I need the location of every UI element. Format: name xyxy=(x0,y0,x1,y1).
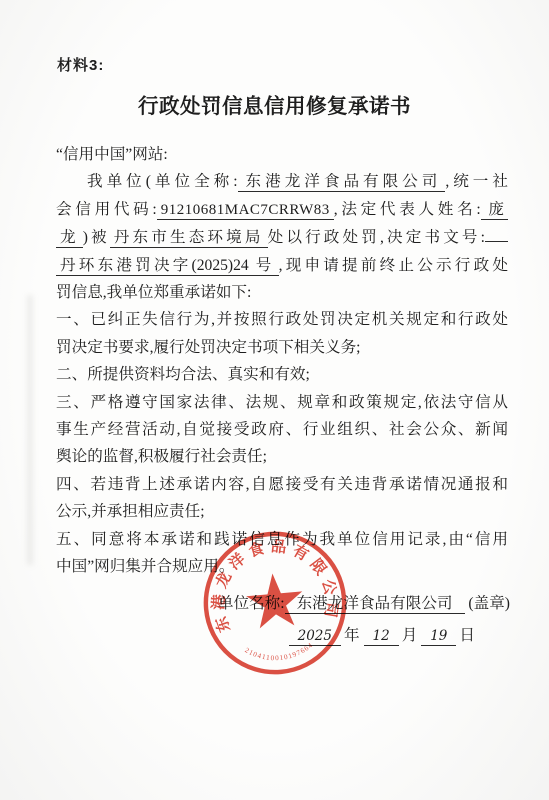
text-segment: 中国”网归集并合规应用。 xyxy=(56,558,234,575)
page-title: 行政处罚信息信用修复承诺书 xyxy=(0,89,549,119)
form-value-legal-rep-part2: 龙 xyxy=(56,229,83,248)
text-segment: 罚决定书要求,履行处罚决定书项下相关义务; xyxy=(56,339,361,356)
document-page: 材料3: 行政处罚信息信用修复承诺书 “信用中国”网站: 我单位(单位全称:东港… xyxy=(0,0,549,800)
body-line: 会信用代码:91210681MAC7CRRW83,法定代表人姓名:庞 xyxy=(56,196,508,224)
text-segment: 舆论的监督,积极履行社会责任; xyxy=(56,448,267,465)
text-segment: 我单位(单位全称: xyxy=(87,173,238,190)
body-line: 舆论的监督,积极履行社会责任; xyxy=(56,443,508,470)
body-line: 四、若违背上述承诺内容,自愿接受有关违背承诺情况通报和 xyxy=(56,471,508,498)
date-year-label: 年 xyxy=(344,627,360,644)
signature-label: 单位名称: xyxy=(218,595,285,612)
text-segment: )被 xyxy=(83,229,110,246)
signature-block: 单位名称:东港龙洋食品有限公司 (盖章) 2025年 12月 19日 xyxy=(218,593,510,647)
body-line: 公示,并承担相应责任; xyxy=(56,498,508,525)
text-segment: 二、所提供资料均合法、真实和有效; xyxy=(56,366,310,383)
text-segment: 一、已纠正失信行为,并按照行政处罚决定机关规定和行政处 xyxy=(56,311,508,328)
body-line: 五、同意将本承诺和践诺信息作为我单位信用记录,由“信用 xyxy=(56,526,508,553)
text-segment: ,统一社 xyxy=(445,173,508,190)
body-line: 中国”网归集并合规应用。 xyxy=(56,553,508,580)
body-line: 丹环东港罚决字(2025)24 号,现申请提前终止公示行政处 xyxy=(56,252,508,279)
body-line: 一、已纠正失信行为,并按照行政处罚决定机关规定和行政处 xyxy=(56,306,508,333)
body-line: 罚信息,我单位郑重承诺如下: xyxy=(56,279,508,306)
body-line: 二、所提供资料均合法、真实和有效; xyxy=(56,361,508,388)
form-blank-underline xyxy=(485,225,508,243)
text-segment: 罚信息,我单位郑重承诺如下: xyxy=(56,284,251,301)
body-line: 事生产经营活动,自觉接受政府、行业组织、社会公众、新闻 xyxy=(56,416,508,443)
text-segment: 三、严格遵守国家法律、法规、规章和政策规定,依法守信从 xyxy=(56,394,508,411)
signature-date-line: 2025年 12月 19日 xyxy=(218,625,510,647)
date-day-value: 19 xyxy=(421,628,456,646)
date-month-label: 月 xyxy=(402,627,418,644)
form-value-decision-number: 丹环东港罚决字(2025)24 号 xyxy=(56,257,279,276)
signature-name-line: 单位名称:东港龙洋食品有限公司 (盖章) xyxy=(218,593,510,615)
date-month-value: 12 xyxy=(364,628,399,646)
text-segment: ,现申请提前终止公示行政处 xyxy=(279,257,508,274)
body-line: 我单位(单位全称:东港龙洋食品有限公司,统一社 xyxy=(56,168,508,195)
text-segment: 公示,并承担相应责任; xyxy=(56,503,205,520)
material-label: 材料3: xyxy=(57,54,104,75)
body-line: 三、严格遵守国家法律、法规、规章和政策规定,依法守信从 xyxy=(56,389,508,416)
scan-artifact xyxy=(27,295,33,565)
text-segment: ,法定代表人姓名: xyxy=(334,201,481,218)
form-value-company-name: 东港龙洋食品有限公司 xyxy=(238,173,446,192)
form-value-legal-rep-part1: 庞 xyxy=(481,201,508,220)
document-body: “信用中国”网站: 我单位(单位全称:东港龙洋食品有限公司,统一社 会信用代码:… xyxy=(56,141,508,581)
body-line: 罚决定书要求,履行处罚决定书项下相关义务; xyxy=(56,334,508,361)
date-year-value: 2025 xyxy=(289,628,341,646)
text-segment: 事生产经营活动,自觉接受政府、行业组织、社会公众、新闻 xyxy=(56,421,508,438)
signature-company-name: 东港龙洋食品有限公司 xyxy=(285,595,465,614)
body-line: 龙)被丹东市生态环境局处以行政处罚,决定书文号: xyxy=(56,224,508,251)
text-segment: 五、同意将本承诺和践诺信息作为我单位信用记录,由“信用 xyxy=(56,531,508,548)
date-day-label: 日 xyxy=(459,627,475,644)
form-value-credit-code: 91210681MAC7CRRW83 xyxy=(157,202,334,220)
seal-note: (盖章) xyxy=(468,595,510,612)
form-value-authority: 丹东市生态环境局 xyxy=(110,229,268,248)
text-segment: 四、若违背上述承诺内容,自愿接受有关违背承诺情况通报和 xyxy=(56,476,508,493)
text-segment: 会信用代码: xyxy=(56,201,157,218)
text-segment: 处以行政处罚,决定书文号: xyxy=(268,229,485,246)
salutation: “信用中国”网站: xyxy=(56,141,508,168)
